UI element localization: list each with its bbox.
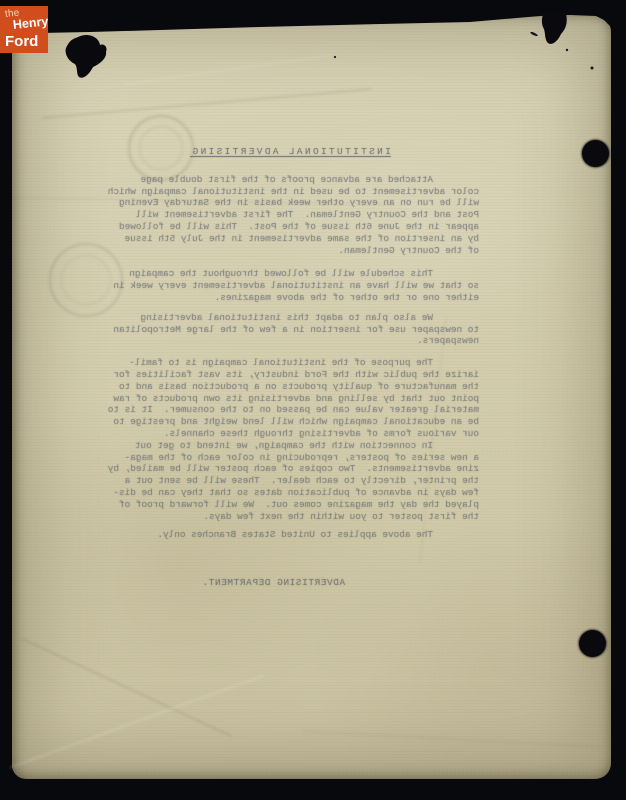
ink-blots (0, 0, 626, 800)
logo-word-ford: Ford (5, 33, 48, 50)
ink-speck (566, 49, 568, 51)
ink-blot-top-right (542, 12, 567, 44)
punch-hole-bottom (579, 630, 606, 657)
ink-speck (591, 67, 594, 70)
ink-speck (334, 56, 336, 58)
ink-blot-left (66, 35, 107, 78)
logo-word-henry: Henry (12, 14, 48, 32)
ink-dash (530, 31, 538, 37)
punch-hole-top (582, 140, 609, 167)
henry-ford-logo: the Henry Ford (0, 6, 48, 53)
artifact-photo: INSTITUTIONAL ADVERTISING Attached are a… (0, 0, 626, 800)
